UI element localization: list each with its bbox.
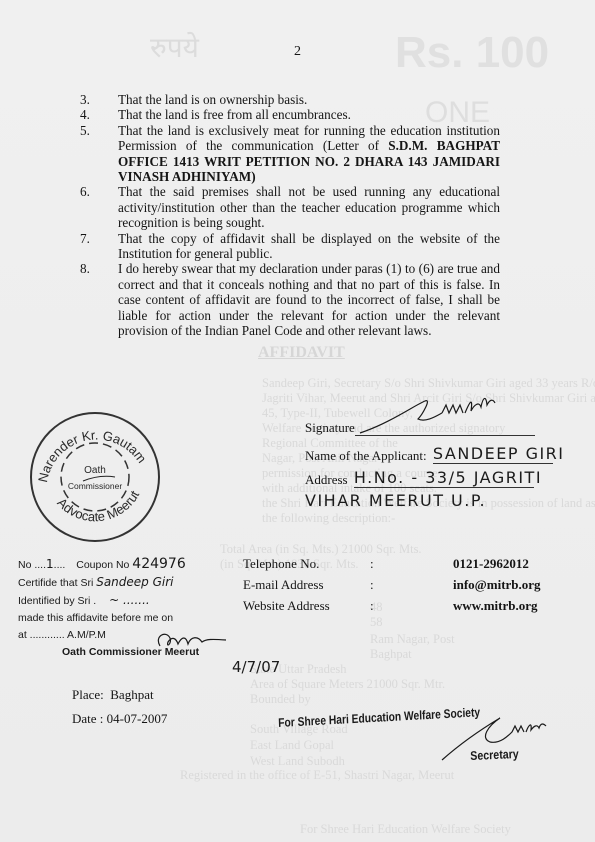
- address-line-1: H.No. - 33/5 JAGRITI: [354, 468, 534, 488]
- clause-number: 8.: [80, 261, 118, 338]
- applicant-signature-icon: [360, 395, 510, 435]
- address-row-2: VIHAR MEERUT U.P.: [305, 491, 486, 510]
- signature-label: Signature: [305, 420, 355, 435]
- telephone-label: Telephone No.: [243, 556, 319, 572]
- identified-by-label: Identified by Sri .: [18, 595, 96, 607]
- ghost-line: West Land Subodh: [250, 754, 345, 769]
- stamp-center-line-1: Oath: [84, 465, 106, 476]
- clause-4: 4. That the land is free from all encumb…: [80, 107, 500, 122]
- clause-text: That the land is free from all encumbran…: [118, 107, 500, 122]
- clause-number: 3.: [80, 92, 118, 107]
- address-row: Address H.No. - 33/5 JAGRITI: [305, 468, 534, 488]
- ghost-line: For Shree Hari Education Welfare Society: [300, 822, 511, 837]
- ghost-line: Registered in the office of E-51, Shastr…: [180, 768, 454, 783]
- email-colon: :: [370, 577, 374, 593]
- oath-serial-label: No ....: [18, 559, 46, 571]
- society-role-text: Secretary: [470, 747, 519, 763]
- ghost-line: Ram Nagar, Post: [370, 632, 455, 647]
- clause-number: 7.: [80, 231, 118, 262]
- clause-text: That the copy of affidavit shall be disp…: [118, 231, 500, 262]
- clause-8: 8. I do hereby swear that my declaration…: [80, 261, 500, 338]
- certified-person-name: Sandeep Giri: [96, 575, 173, 589]
- ghost-affidavit-heading: AFFIDAVIT: [258, 344, 345, 362]
- oath-handwritten-date: 4/7/07: [232, 659, 280, 676]
- oath-commissioner-note: No ....1.... Coupon No 424976 Certifide …: [18, 556, 280, 676]
- oath-commissioner-stamp-icon: Narender Kr. Gautam Advocate Meerut Oath…: [25, 407, 165, 547]
- clause-text: That the land is on ownership basis.: [118, 92, 500, 107]
- ghost-line: Bounded by: [250, 692, 311, 707]
- ghost-line: Area of Square Meters 21000 Sqr. Mtr.: [250, 677, 445, 692]
- clause-text: That the said premises shall not be used…: [118, 184, 500, 230]
- address-line-2: VIHAR MEERUT U.P.: [305, 491, 486, 510]
- oath-serial-row: No ....1.... Coupon No 424976: [18, 556, 280, 574]
- clause-number: 6.: [80, 184, 118, 230]
- email-value: info@mitrb.org: [453, 577, 541, 593]
- date-value: 04-07-2007: [107, 711, 168, 726]
- clause-text: I do hereby swear that my declaration un…: [118, 261, 500, 338]
- oath-certify-row: Certifide that Sri Sandeep Giri: [18, 574, 280, 592]
- oath-serial-value: 1: [46, 557, 54, 571]
- stamp-center-line-2: Commissioner: [68, 481, 122, 491]
- clause-text: That the land is exclusively meat for ru…: [118, 123, 500, 185]
- ghost-line: the following description:-: [262, 511, 395, 526]
- svg-text:Advocate Meerut: Advocate Meerut: [54, 488, 142, 525]
- clause-7: 7. That the copy of affidavit shall be d…: [80, 231, 500, 262]
- applicant-name-label: Name of the Applicant:: [305, 448, 427, 463]
- ghost-line: Baghpat: [370, 647, 412, 662]
- ghost-line: 58: [370, 615, 383, 630]
- place-label: Place:: [72, 687, 104, 702]
- coupon-value: 424976: [132, 556, 185, 572]
- email-label: E-mail Address: [243, 577, 324, 593]
- place-date-block: Place: Baghpat Date : 04-07-2007: [72, 683, 167, 731]
- website-label: Website Address: [243, 598, 330, 614]
- oath-made-row: made this affidavite before me on: [18, 610, 280, 627]
- place-value: Baghpat: [110, 687, 153, 702]
- website-value: www.mitrb.org: [453, 598, 538, 614]
- applicant-name-row: Name of the Applicant: SANDEEP GIRI: [305, 444, 553, 464]
- clause-number: 4.: [80, 107, 118, 122]
- telephone-colon: :: [370, 556, 374, 572]
- ghost-line: Sandeep Giri, Secretary S/o Shri Shivkum…: [262, 376, 595, 391]
- date-row: Date : 04-07-2007: [72, 707, 167, 731]
- identified-by-signature: ~ .......: [109, 593, 150, 607]
- certify-label: Certifide that Sri: [18, 577, 93, 589]
- document-page: रुपये Rs. 100 ONE AFFIDAVIT Sandeep Giri…: [0, 0, 595, 842]
- affidavit-clauses: 3. That the land is on ownership basis. …: [80, 92, 500, 339]
- clause-5: 5. That the land is exclusively meat for…: [80, 123, 500, 185]
- address-label: Address: [305, 472, 348, 487]
- website-colon: :: [370, 598, 374, 614]
- coupon-label: Coupon No: [76, 559, 129, 571]
- clause-3: 3. That the land is on ownership basis.: [80, 92, 500, 107]
- stamp-bottom-text: Advocate Meerut: [54, 488, 142, 525]
- applicant-name-value: SANDEEP GIRI: [433, 444, 553, 464]
- place-row: Place: Baghpat: [72, 683, 167, 707]
- date-label: Date :: [72, 711, 103, 726]
- clause-number: 5.: [80, 123, 118, 185]
- telephone-value: 0121-2962012: [453, 556, 529, 572]
- oath-identified-row: Identified by Sri . ~ .......: [18, 592, 280, 610]
- ghost-line: Total Area (in Sq. Mts.) 21000 Sqr. Mts.: [220, 542, 422, 557]
- oath-commissioner-signature-icon: [150, 628, 230, 656]
- ghost-line: East Land Gopal: [250, 738, 334, 753]
- page-number: 2: [0, 44, 595, 60]
- clause-6: 6. That the said premises shall not be u…: [80, 184, 500, 230]
